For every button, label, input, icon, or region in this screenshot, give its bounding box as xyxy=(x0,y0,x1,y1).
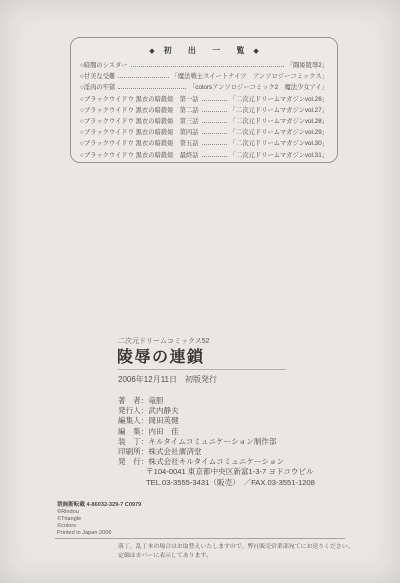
dotted-leader xyxy=(202,111,227,112)
footer-note-price: 定価はカバーに表示してあります。 xyxy=(118,552,354,561)
publication-row: ○淫肉の牢獄 「colorsアンソロジーコミック2 魔法少女アイ」 xyxy=(80,82,328,93)
credit-row: 発行人：武内静夫 xyxy=(118,406,315,416)
publication-source: 「二次元ドリームマガジンvol.27」 xyxy=(230,105,328,114)
credit-value: 武内静夫 xyxy=(148,406,178,415)
credit-label: 著 者： xyxy=(118,396,148,406)
dotted-leader xyxy=(202,100,227,101)
credit-row: 著 者：竜胆 xyxy=(118,396,315,406)
publication-source: 「colorsアンソロジーコミック2 魔法少女アイ」 xyxy=(189,82,328,91)
dotted-leader xyxy=(118,77,168,78)
first-publication-list-box: ◆ 初 出 一 覧 ◆ ○暗闇のシスター 「闘姫陵辱2」 ○甘美な受難 「魔法戦… xyxy=(70,37,338,163)
credit-row: 編 集：内田 佳 xyxy=(118,427,315,437)
story-title: ○ブラックウイドウ 黒衣の暗殺姫 第四話 xyxy=(80,127,199,136)
copyright-line: ©colors xyxy=(57,523,141,530)
credit-value: 岡田英健 xyxy=(148,416,178,425)
dotted-leader xyxy=(131,66,284,67)
credit-row: 装 丁：キルタイムコミュニケーション制作部 xyxy=(118,437,315,447)
publication-row: ○暗闇のシスター 「闘姫陵辱2」 xyxy=(80,60,328,71)
publication-row: ○ブラックウイドウ 黒衣の暗殺姫 第一話 「二次元ドリームマガジンvol.26」 xyxy=(80,94,328,105)
book-title: 陵辱の連鎖 xyxy=(117,344,205,367)
credit-row: 発 行：株式会社キルタイムコミュニケーション xyxy=(118,457,315,467)
publication-source: 「魔法戦士スイートナイツ アンソロジーコミックス」 xyxy=(172,71,328,80)
credits-block: 著 者：竜胆 発行人：武内静夫 編集人：岡田英健 編 集：内田 佳 装 丁：キル… xyxy=(118,396,315,488)
credit-value: 内田 佳 xyxy=(148,427,178,436)
credit-label: 装 丁： xyxy=(118,437,148,447)
publication-rows: ○暗闇のシスター 「闘姫陵辱2」 ○甘美な受難 「魔法戦士スイートナイツ アンソ… xyxy=(80,60,328,161)
edition-date: 2006年12月11日 初版発行 xyxy=(118,374,217,385)
dotted-leader xyxy=(202,144,227,145)
credit-value: 株式会社キルタイムコミュニケーション xyxy=(148,457,284,466)
title-divider xyxy=(118,369,286,370)
publication-source: 「闘姫陵辱2」 xyxy=(287,60,328,69)
publication-source: 「二次元ドリームマガジンvol.29」 xyxy=(230,127,328,136)
credit-value: 株式会社廣済堂 xyxy=(148,447,201,456)
credit-label: 印刷所： xyxy=(118,447,148,457)
copyright-line: Printed in Japan 2006 xyxy=(57,530,141,537)
story-title: ○ブラックウイドウ 黒衣の暗殺姫 第三話 xyxy=(80,116,199,125)
dotted-leader xyxy=(118,88,186,89)
credit-label: 発 行： xyxy=(118,457,148,467)
publication-source: 「二次元ドリームマガジンvol.31」 xyxy=(230,150,328,159)
story-title: ○甘美な受難 xyxy=(80,71,115,80)
credit-row: 編集人：岡田英健 xyxy=(118,416,315,426)
footer-notes: 落丁、乱丁本の場合はお取替えいたしますので、弊社販売営業部宛てにお送りください。… xyxy=(118,543,354,560)
first-publication-list-title: 初 出 一 覧 xyxy=(164,45,252,56)
dotted-leader xyxy=(202,122,227,123)
publication-row: ○ブラックウイドウ 黒衣の暗殺姫 最終話 「二次元ドリームマガジンvol.31」 xyxy=(80,150,328,161)
publisher-address: 〒104-0041 東京都中央区新富1-3-7 ヨドコウビル xyxy=(146,467,315,477)
publication-source: 「二次元ドリームマガジンvol.30」 xyxy=(230,138,328,147)
publisher-phone: TEL.03-3555-3431（販売） ／FAX.03-3551-1208 xyxy=(146,478,315,488)
credit-label: 編集人： xyxy=(118,416,148,426)
story-title: ○淫肉の牢獄 xyxy=(80,82,115,91)
credit-label: 発行人： xyxy=(118,406,148,416)
story-title: ○ブラックウイドウ 黒衣の暗殺姫 第二話 xyxy=(80,105,199,114)
story-title: ○ブラックウイドウ 黒衣の暗殺姫 第五話 xyxy=(80,138,199,147)
diamond-icon: ◆ xyxy=(253,47,258,55)
diamond-icon: ◆ xyxy=(149,47,154,55)
publication-row: ○ブラックウイドウ 黒衣の暗殺姫 第四話 「二次元ドリームマガジンvol.29」 xyxy=(80,127,328,138)
publication-row: ○ブラックウイドウ 黒衣の暗殺姫 第三話 「二次元ドリームマガジンvol.28」 xyxy=(80,116,328,127)
footer-divider xyxy=(55,538,345,539)
story-title: ○ブラックウイドウ 黒衣の暗殺姫 第一話 xyxy=(80,94,199,103)
copyright-block: 禁無断転載 4-86032-329-7 C0979 ©Rindou ©Trian… xyxy=(57,502,141,537)
footer-note-returns: 落丁、乱丁本の場合はお取替えいたしますので、弊社販売営業部宛てにお送りください。 xyxy=(118,543,354,552)
publication-row: ○ブラックウイドウ 黒衣の暗殺姫 第二話 「二次元ドリームマガジンvol.27」 xyxy=(80,105,328,116)
credit-row: 印刷所：株式会社廣済堂 xyxy=(118,447,315,457)
story-title: ○暗闇のシスター xyxy=(80,60,128,69)
publication-source: 「二次元ドリームマガジンvol.28」 xyxy=(230,116,328,125)
story-title: ○ブラックウイドウ 黒衣の暗殺姫 最終話 xyxy=(80,150,199,159)
publication-row: ○甘美な受難 「魔法戦士スイートナイツ アンソロジーコミックス」 xyxy=(80,71,328,82)
publication-row: ○ブラックウイドウ 黒衣の暗殺姫 第五話 「二次元ドリームマガジンvol.30」 xyxy=(80,138,328,149)
publication-source: 「二次元ドリームマガジンvol.26」 xyxy=(230,94,328,103)
first-publication-list-header: ◆ 初 出 一 覧 ◆ xyxy=(80,45,328,56)
credit-label: 編 集： xyxy=(118,427,148,437)
dotted-leader xyxy=(202,133,227,134)
book-colophon-page: ◆ 初 出 一 覧 ◆ ○暗闇のシスター 「闘姫陵辱2」 ○甘美な受難 「魔法戦… xyxy=(0,0,400,583)
credit-value: 竜胆 xyxy=(148,396,163,405)
dotted-leader xyxy=(202,156,227,157)
credit-value: キルタイムコミュニケーション制作部 xyxy=(148,437,276,446)
